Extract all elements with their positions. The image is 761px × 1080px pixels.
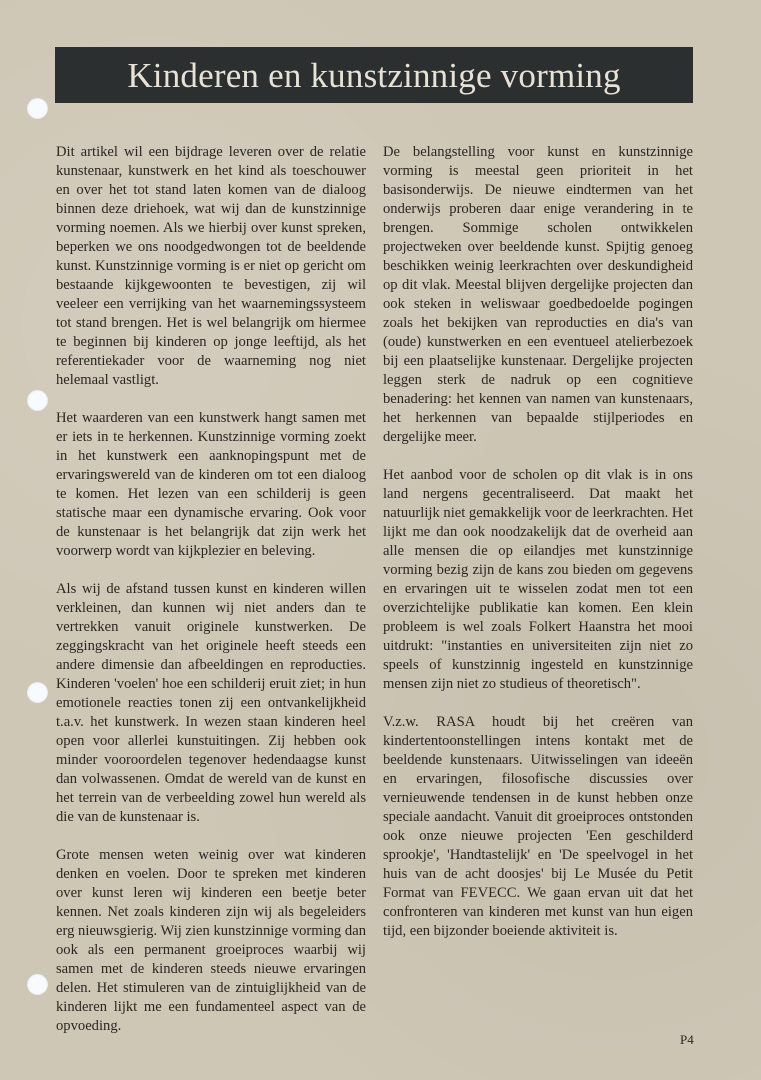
punch-hole — [27, 390, 48, 411]
title-banner: Kinderen en kunstzinnige vorming — [55, 47, 693, 103]
paragraph: Het waarderen van een kunstwerk hangt sa… — [56, 409, 366, 561]
paragraph: Het aanbod voor de scholen op dit vlak i… — [383, 466, 693, 694]
page-title: Kinderen en kunstzinnige vorming — [127, 58, 620, 93]
paragraph: V.z.w. RASA houdt bij het creëren van ki… — [383, 713, 693, 941]
punch-hole — [27, 98, 48, 119]
paragraph: De belangstelling voor kunst en kunstzin… — [383, 143, 693, 447]
right-column: De belangstelling voor kunst en kunstzin… — [383, 143, 693, 960]
paragraph: Dit artikel wil een bijdrage leveren ove… — [56, 143, 366, 390]
page-number: P4 — [680, 1032, 694, 1048]
punch-hole — [27, 682, 48, 703]
punch-hole — [27, 974, 48, 995]
paragraph: Grote mensen weten weinig over wat kinde… — [56, 846, 366, 1036]
paragraph: Als wij de afstand tussen kunst en kinde… — [56, 580, 366, 827]
left-column: Dit artikel wil een bijdrage leveren ove… — [56, 143, 366, 1055]
